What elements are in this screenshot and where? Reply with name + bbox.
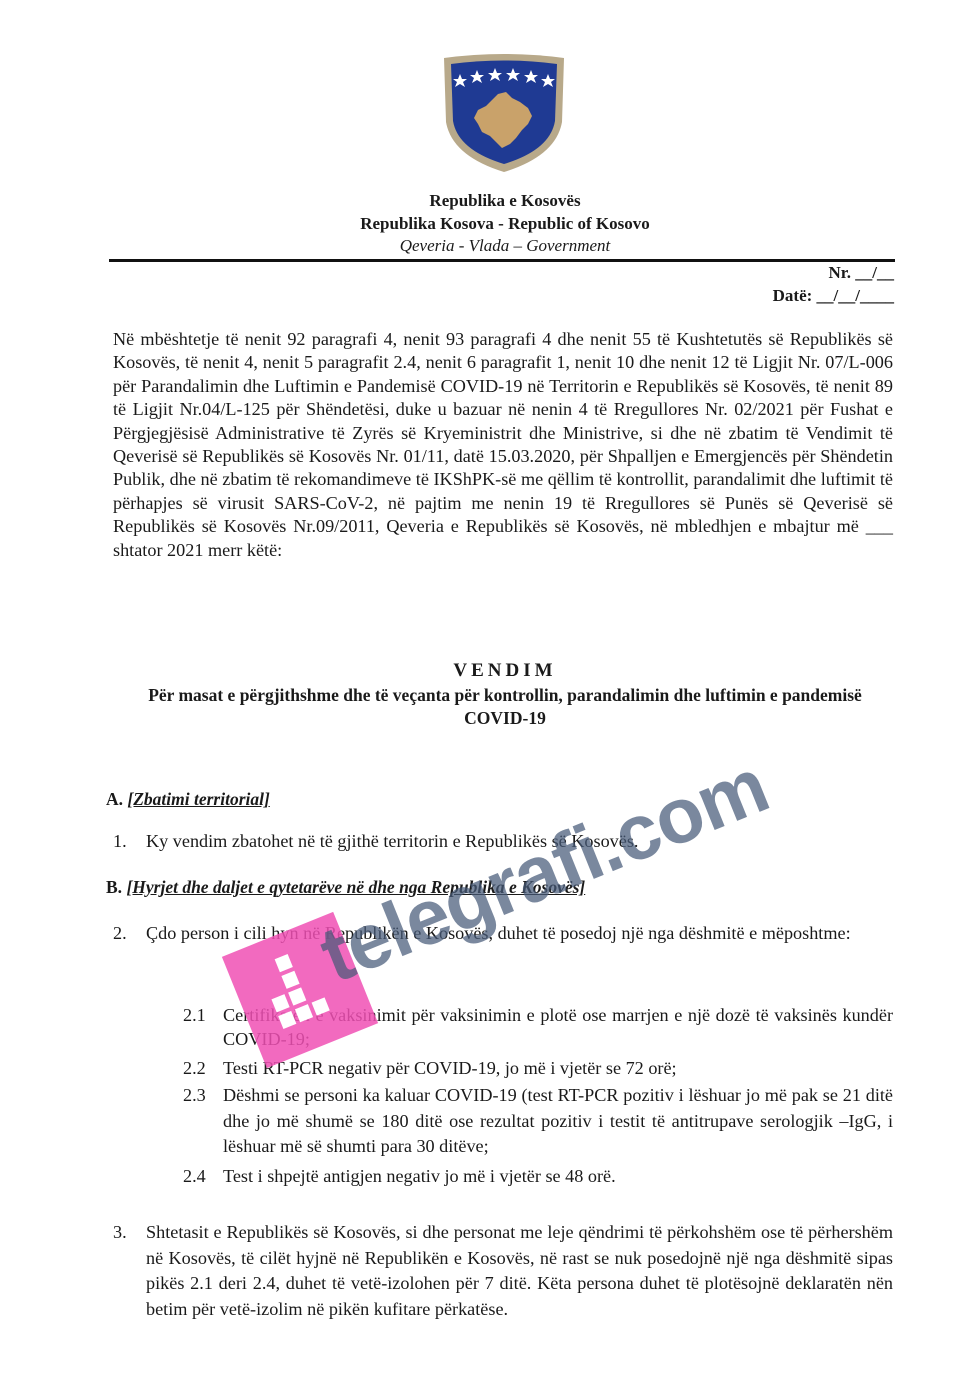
section-letter: B. — [106, 877, 122, 897]
item-text: Çdo person i cili hyn në Republikën e Ko… — [146, 921, 893, 945]
subitem-number: 2.4 — [183, 1164, 206, 1188]
section-a-heading: A. [Zbatimi territorial] — [106, 788, 270, 810]
kosovo-coat-of-arms-icon — [440, 52, 568, 174]
decision-title: VENDIM — [0, 660, 980, 682]
document-number: Nr. __/__ — [829, 262, 895, 284]
section-label: [Zbatimi territorial] — [127, 789, 269, 809]
document-page: Republika e Kosovës Republika Kosova - R… — [0, 0, 980, 1393]
section-b-heading: B. [Hyrjet dhe daljet e qytetarëve në dh… — [106, 876, 585, 898]
subitem-text: Dëshmi se personi ka kaluar COVID-19 (te… — [223, 1083, 893, 1160]
subitem-number: 2.3 — [183, 1083, 206, 1107]
header-line-2: Republika Kosova - Republic of Kosovo — [0, 213, 980, 235]
section-label: [Hyrjet dhe daljet e qytetarëve në dhe n… — [126, 877, 585, 897]
watermark-text: telegrafi.com — [308, 740, 780, 1001]
subitem-text: Testi RT-PCR negativ për COVID-19, jo më… — [223, 1056, 893, 1080]
header-line-3: Qeveria - Vlada – Government — [0, 235, 980, 257]
decision-subtitle: Për masat e përgjithshme dhe të veçanta … — [120, 684, 890, 730]
item-number: 2. — [113, 921, 127, 945]
subitem-text: Test i shpejtë antigjen negativ jo më i … — [223, 1164, 893, 1188]
item-number: 3. — [113, 1220, 127, 1244]
header-divider — [109, 259, 895, 262]
document-date: Datë: __/__/____ — [773, 285, 894, 307]
item-number: 1. — [113, 829, 127, 853]
subitem-number: 2.1 — [183, 1003, 206, 1027]
header-line-1: Republika e Kosovës — [0, 190, 980, 212]
item-text: Ky vendim zbatohet në të gjithë territor… — [146, 829, 893, 853]
subitem-number: 2.2 — [183, 1056, 206, 1080]
preamble-paragraph: Në mbështetje të nenit 92 paragrafi 4, n… — [113, 328, 893, 562]
item-text: Shtetasit e Republikës së Kosovës, si dh… — [146, 1220, 893, 1322]
subitem-text: Certifikatën e vaksinimit për vaksinimin… — [223, 1003, 893, 1051]
section-letter: A. — [106, 789, 123, 809]
